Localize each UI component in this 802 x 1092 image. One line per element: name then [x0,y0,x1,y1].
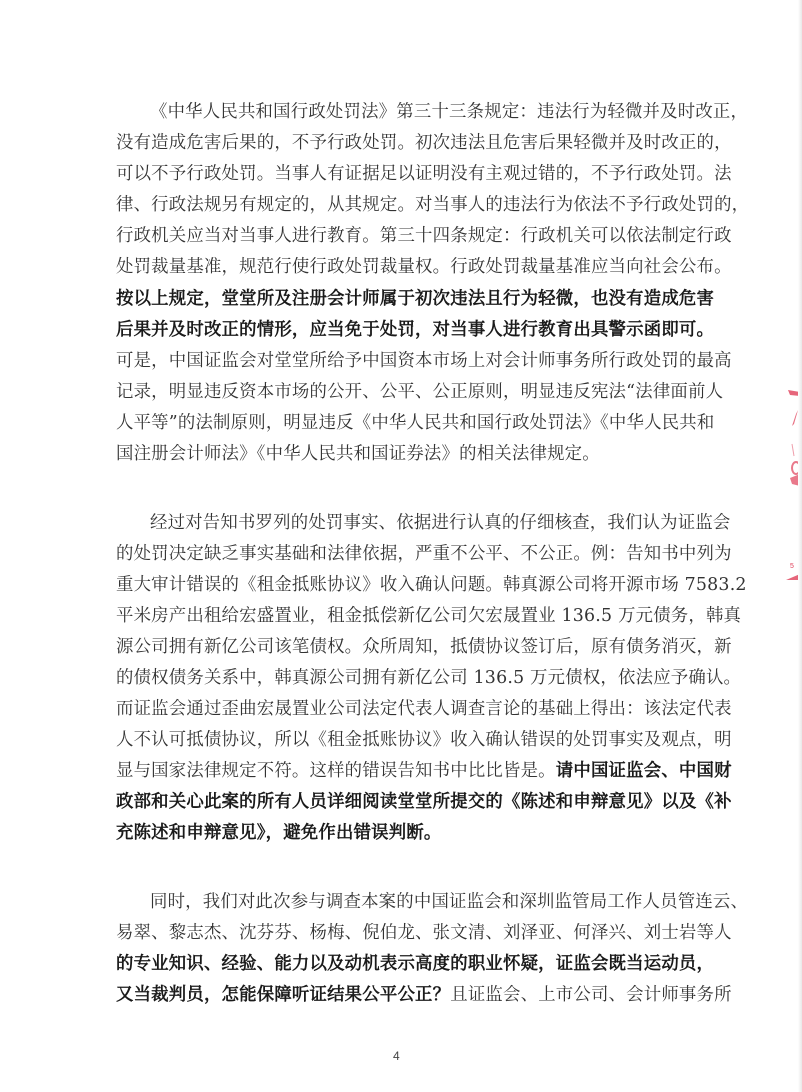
paragraph-3-line-4-normal: 且证监会、上市公司、会计师事务所 [450,985,731,1005]
paragraph-3-line-3-bold: 的专业知识、经验、能力以及动机表示高度的职业怀疑，证监会既当运动员， [116,952,696,976]
paragraph-3-line-1: 同时，我们对此次参与调查本案的中国证监会和深圳监管局工作人员管连云、 [150,890,696,914]
paragraph-2-line-2: 的处罚决定缺乏事实基础和法律依据，严重不公平、不公正。例：告知书中列为 [116,542,696,566]
paragraph-2-line-9-bold: 请中国证监会、中国财 [556,761,732,781]
paragraph-3-line-2: 易翠、黎志杰、沈芬芬、杨梅、倪伯龙、张文清、刘泽亚、何泽兴、刘士岩等人 [116,921,696,945]
document-page: 《中华人民共和国行政处罚法》第三十三条规定：违法行为轻微并及时改正， 没有造成危… [0,0,802,1092]
page-edge-shadow [798,0,802,1092]
paragraph-2-line-3: 重大审计错误的《租金抵账协议》收入确认问题。韩真源公司将开源市场 7583.2 [116,573,696,597]
paragraph-1-line-1: 《中华人民共和国行政处罚法》第三十三条规定：违法行为轻微并及时改正， [150,100,696,124]
paragraph-2-line-10-bold: 政部和关心此案的所有人员详细阅读堂堂所提交的《陈述和申辩意见》以及《补 [116,790,696,814]
paragraph-2-line-5: 源公司拥有新亿公司该笔债权。众所周知，抵债协议签订后，原有债务消灭，新 [116,635,696,659]
paragraph-1-line-11: 人平等”的法制原则，明显违反《中华人民共和国行政处罚法》《中华人民共和 [116,411,696,435]
paragraph-2-line-6: 的债权债务关系中，韩真源公司拥有新亿公司 136.5 万元债权，依法应予确认。 [116,666,696,690]
paragraph-2-line-7: 而证监会通过歪曲宏晟置业公司法定代表人调查言论的基础上得出：该法定代表 [116,697,696,721]
paragraph-1-line-10: 记录，明显违反资本市场的公开、公平、公正原则，明显违反宪法“法律面前人 [116,380,696,404]
page-number: 4 [393,1049,400,1063]
paragraph-2-line-4: 平米房产出租给宏盛置业，租金抵偿新亿公司欠宏晟置业 136.5 万元债务，韩真 [116,604,696,628]
paragraph-1-line-5: 行政机关应当对当事人进行教育。第三十四条规定：行政机关可以依法制定行政 [116,224,696,248]
paragraph-2-line-9-normal: 显与国家法律规定不符。这样的错误告知书中比比皆是。 [116,761,556,781]
paragraph-1-line-12: 国注册会计师法》《中华人民共和国证券法》的相关法律规定。 [116,442,696,466]
paragraph-1-line-4: 律、行政法规另有规定的，从其规定。对当事人的违法行为依法不予行政处罚的， [116,193,696,217]
paragraph-2-line-1: 经过对告知书罗列的处罚事实、依据进行认真的仔细核查，我们认为证监会 [150,511,696,535]
paragraph-2-line-8: 人不认可抵债协议，所以《租金抵账协议》收入确认错误的处罚事实及观点，明 [116,728,696,752]
paragraph-3-line-4-bold: 又当裁判员，怎能保障听证结果公平公正？ [116,985,450,1005]
paragraph-2-line-11-bold: 充陈述和申辩意见》，避免作出错误判断。 [116,821,696,845]
paragraph-1-line-2: 没有造成危害后果的，不予行政处罚。初次违法且危害后果轻微并及时改正的， [116,131,696,155]
svg-text:5: 5 [790,563,794,570]
paragraph-1-line-7-bold: 按以上规定，堂堂所及注册会计师属于初次违法且行为轻微，也没有造成危害 [116,287,696,311]
paragraph-1-line-6: 处罚裁量基准，规范行使行政处罚裁量权。行政处罚裁量基准应当向社会公布。 [116,255,696,279]
paragraph-1-line-9: 可是，中国证监会对堂堂所给予中国资本市场上对会计师事务所行政处罚的最高 [116,349,696,373]
paragraph-2-line-9: 显与国家法律规定不符。这样的错误告知书中比比皆是。请中国证监会、中国财 [116,759,696,783]
paragraph-1-line-8-bold: 后果并及时改正的情形，应当免于处罚，对当事人进行教育出具警示函即可。 [116,318,696,342]
paragraph-1-line-3: 可以不予行政处罚。当事人有证据足以证明没有主观过错的，不予行政处罚。法 [116,162,696,186]
paragraph-3-line-4: 又当裁判员，怎能保障听证结果公平公正？且证监会、上市公司、会计师事务所 [116,983,696,1007]
